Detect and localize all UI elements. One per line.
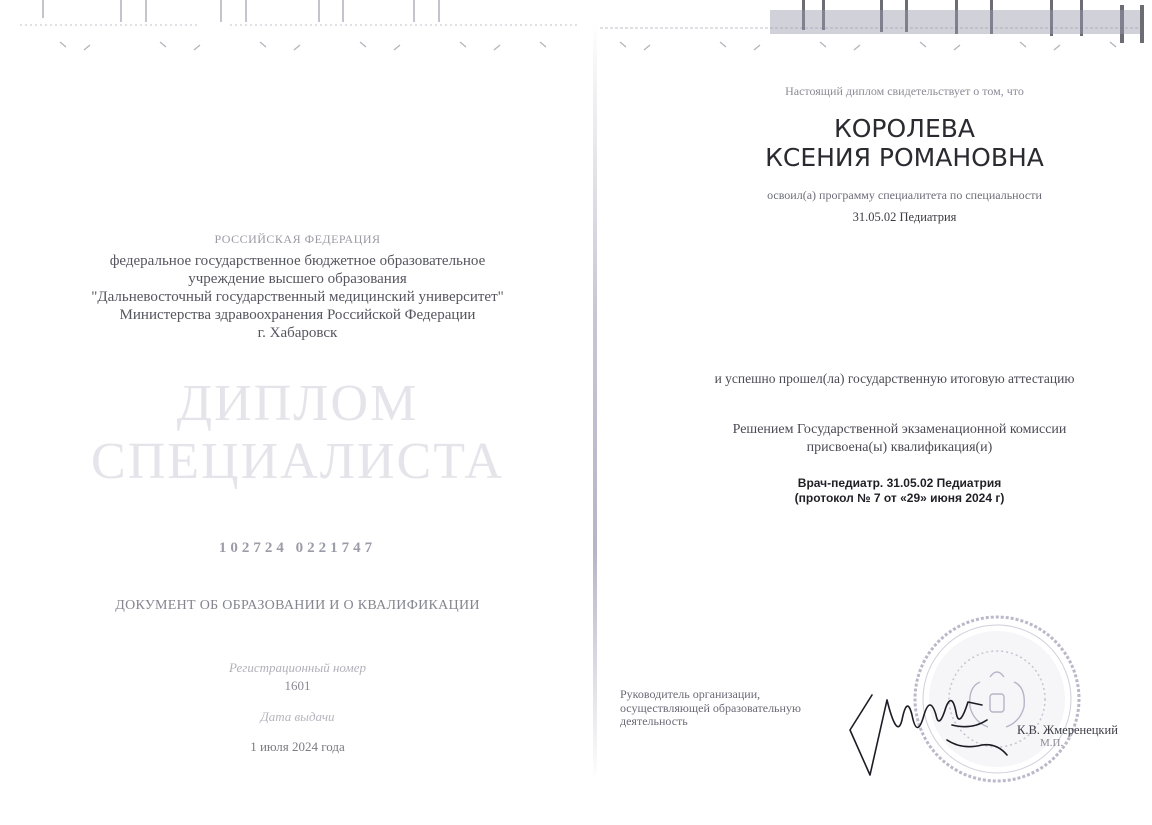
signature (832, 675, 1032, 785)
stamp-label: М.П. (1040, 737, 1063, 749)
surname: КОРОЛЕВА (657, 114, 1152, 143)
signer-name: К.В. Жмеренецкий (1017, 723, 1118, 738)
program-text: освоил(а) программу специалитета по спец… (657, 188, 1152, 203)
serial-number: 102724 0221747 (0, 540, 595, 557)
signer-title: Руководитель организации, осуществляющей… (620, 688, 801, 729)
issue-date: 1 июля 2024 года (0, 739, 595, 755)
qualification: Врач-педиатр. 31.05.02 Педиатрия (проток… (647, 476, 1152, 506)
diploma-cover-page: РОССИЙСКАЯ ФЕДЕРАЦИЯ федеральное государ… (0, 0, 595, 825)
given-names: КСЕНИЯ РОМАНОВНА (657, 143, 1152, 172)
country-label: РОССИЙСКАЯ ФЕДЕРАЦИЯ (0, 232, 595, 247)
issue-date-label: Дата выдачи (0, 709, 595, 725)
institution-name: федеральное государственное бюджетное об… (40, 252, 555, 342)
document-type: ДОКУМЕНТ ОБ ОБРАЗОВАНИИ И О КВАЛИФИКАЦИИ (0, 598, 595, 614)
commission-decision: Решением Государственной экзаменационной… (647, 421, 1152, 457)
protocol: (протокол № 7 от «29» июня 2024 г) (647, 491, 1152, 506)
intro-text: Настоящий диплом свидетельствует о том, … (657, 84, 1152, 99)
attestation-text: и успешно прошел(ла) государственную ито… (637, 371, 1152, 387)
registration-label: Регистрационный номер (0, 660, 595, 676)
registration-number: 1601 (0, 678, 595, 694)
specialty: 31.05.02 Педиатрия (657, 210, 1152, 225)
diploma-content-page: Настоящий диплом свидетельствует о том, … (597, 0, 1152, 825)
graduate-name: КОРОЛЕВА КСЕНИЯ РОМАНОВНА (657, 114, 1152, 172)
diploma-title: ДИПЛОМ СПЕЦИАЛИСТА (0, 375, 595, 491)
